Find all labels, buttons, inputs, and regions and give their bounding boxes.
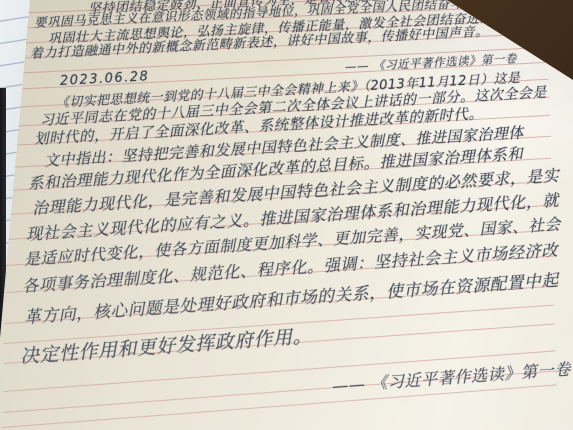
date-line: 2023.06.28: [60, 69, 150, 89]
attribution-line: —— 《习近平著作选读》第一卷: [331, 355, 571, 396]
notebook-page: 坚持团结稳定鼓劲、正面宣传为主，是宣传思想工作必须遵循的重要方针，要巩固马克思主…: [0, 0, 573, 430]
handwritten-line: 决定性作用和更好发挥政府作用。: [19, 321, 313, 369]
photo-frame: 坚持团结稳定鼓劲、正面宣传为主，是宣传思想工作必须遵循的重要方针，要巩固马克思主…: [0, 0, 573, 430]
